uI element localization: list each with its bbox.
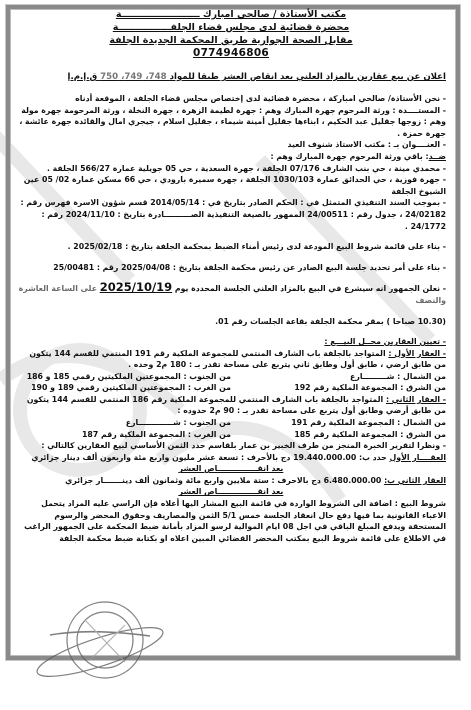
property-1-north: من الشمال : شـــــــــارع	[231, 371, 446, 383]
property-2-desc: المتواجد بالجلفة باب الشارف المنتمي للمج…	[27, 395, 446, 416]
intro-line-3: - العنــــوان بـ : مكتب الاستاذ شنوف الع…	[16, 139, 446, 151]
price-1-label: العقــــار الأول	[390, 453, 447, 462]
property-2-bounds: من الشمال : المجموعة الملكية رقم 191 من …	[16, 417, 446, 440]
property-2-west: من الغرب : المجموعة الملكية رقم 187	[16, 429, 231, 441]
office-title: محضرة قضائية لدى مجلس قضاء الجلفــــــــ…	[16, 21, 446, 34]
notice-title: اعلان عن بيع عقارين بالمزاد العلني بعد ا…	[16, 72, 446, 82]
title-text: اعلان عن بيع عقارين بالمزاد العلني بعد ا…	[170, 72, 446, 82]
notice-location: (10.30 صباحا ) بمقر محكمة الجلفة بقاعة ا…	[16, 316, 446, 328]
against-item-2: - جهرة فوزية ، حي الحدائق عمارة 1030/103…	[16, 174, 446, 197]
notice-text: - نعلن الجمهور انه سيشرع في البيع بالمزا…	[175, 284, 446, 293]
property-1-bounds: من الشمال : شـــــــــارع من الجنوب : ال…	[16, 371, 446, 394]
legal-notice: مكتب الأستاذة / صالحي امبارك ـــــــــــ…	[16, 8, 446, 544]
price-2-label: العقار الثاني ب:	[384, 476, 446, 485]
pricing-section: - ونظرا لتقرير الخبرة المنجز من طرف الخب…	[16, 440, 446, 498]
office-header: مكتب الأستاذة / صالحي امبارك ـــــــــــ…	[16, 8, 446, 60]
pricing-intro: - ونظرا لتقرير الخبرة المنجز من طرف الخب…	[16, 440, 446, 452]
properties-section: - تعيين العقارين محــل البيـــع : - العق…	[16, 336, 446, 371]
intro-line-2: - المستــــدة : ورثة المرحوم جهرة المبار…	[16, 105, 446, 140]
price-2-reduction: بعد انقـــــــــــــــاص العشر	[16, 486, 446, 498]
intro-section: - نحن الأستاذة/ صالحي امباركة ، محضرة قض…	[16, 93, 446, 151]
office-name: مكتب الأستاذة / صالحي امبارك ـــــــــــ…	[16, 8, 446, 21]
against-label: ضــد	[429, 152, 446, 161]
price-1-reduction: بعد انقـــــــــــــــاص العشر	[16, 463, 446, 475]
properties-heading: - تعيين العقارين محــل البيـــع :	[16, 336, 446, 348]
basis-conditions-list: - بناء على قائمة شروط البيع المودعة لدى …	[16, 241, 446, 253]
property-2-north: من الشمال : المجموعة الملكية رقم 191	[231, 417, 446, 429]
against-section: ضــد: باقي ورثة المرحوم جهرة المبارك وهم…	[16, 151, 446, 197]
property-2-east: من الشرق : المجموعة الملكية رقم 185	[231, 429, 446, 441]
basis-section: - بموجب السند التنفيذي المتمثل في : الحك…	[16, 197, 446, 273]
intro-line-1: - نحن الأستاذة/ صالحي امباركة ، محضرة قض…	[16, 93, 446, 105]
basis-session-order: - بناء على أمر تحديد جلسة البيع الصادر ع…	[16, 262, 446, 274]
basis-judgment: - بموجب السند التنفيذي المتمثل في : الحك…	[16, 197, 446, 232]
property-1-label: - العقار الأول :	[388, 349, 446, 358]
property-2-label: - العقار الثاني :	[386, 395, 446, 404]
sale-conditions: شروط البيع : اضافة الى الشروط الواردة في…	[16, 498, 446, 544]
office-address: مقابل الصحة الجوارية طريق المحكمة الجديد…	[16, 34, 446, 47]
property-1-south: من الجنوب : المجموعتين الملكيتين رقمي 18…	[16, 371, 231, 383]
property-1-east: من الشرق : المجموعة الملكية رقم 192	[231, 382, 446, 394]
price-2-text: 6.480.000.00 دج بالاحرف : ستة ملايين وار…	[65, 476, 381, 485]
price-1-text: حدد ب: 19.440.000.00 دج بالأحرف : تسعة ع…	[31, 453, 386, 462]
auction-notice: - نعلن الجمهور انه سيشرع في البيع بالمزا…	[16, 282, 446, 327]
against-item-1: - محمدي مينة ، حي بنب الشارف 07/176 الجل…	[16, 163, 446, 175]
sale-conditions-text: شروط البيع : اضافة الى الشروط الواردة في…	[16, 498, 446, 544]
title-suffix: ق.إ.م.إ	[68, 72, 98, 82]
property-2: - العقار الثاني : المتواجد بالجلفة باب ا…	[16, 394, 446, 417]
against-heading: : باقي ورثة المرحوم جهرة المبارك وهم :	[270, 152, 428, 161]
auction-date: 2025/10/19	[100, 280, 172, 294]
property-1-west: من الغرب : المجموعتين الملكيتين رقمي 189…	[16, 382, 231, 394]
property-1-desc: المتواجد بالجلفة باب الشارف المنتمي للمج…	[29, 349, 446, 370]
office-phone: 0774946806	[16, 47, 446, 60]
property-2-south: من الجنوب : شـــــــــــــارع	[16, 417, 231, 429]
title-articles: 748، 749، 750	[100, 72, 166, 82]
